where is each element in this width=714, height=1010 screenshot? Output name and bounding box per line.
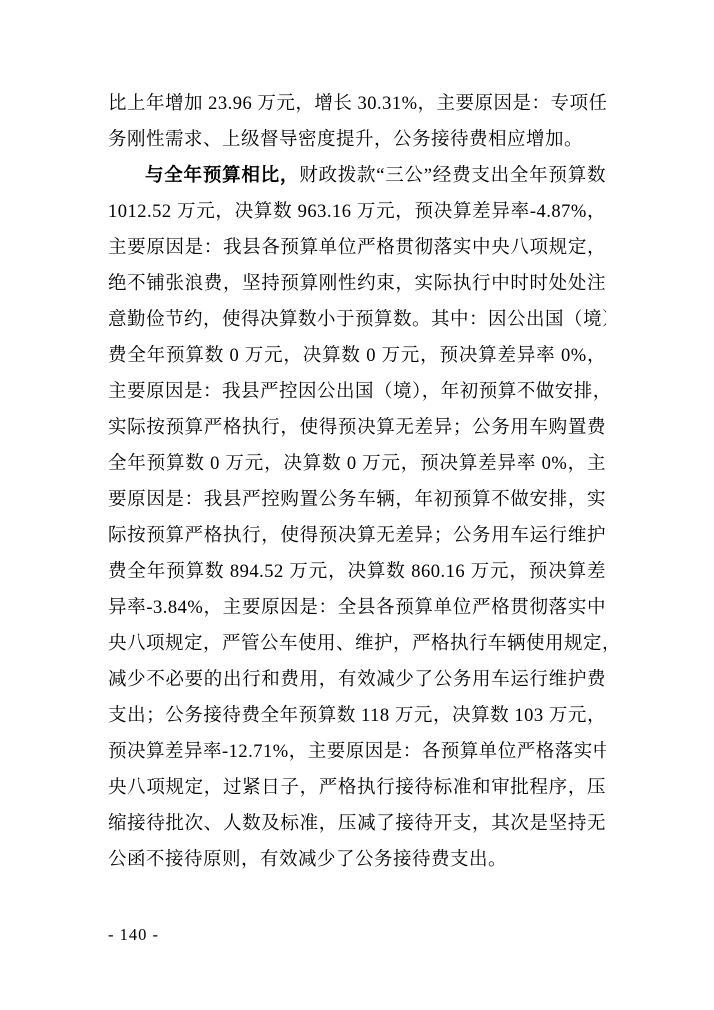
text-line: 绝不铺张浪费，坚持预算刚性约束，实际执行中时时处处注 bbox=[108, 266, 606, 302]
text-line: 缩接待批次、人数及标准，压减了接待开支，其次是坚持无 bbox=[108, 806, 606, 842]
text-line: 务刚性需求、上级督导密度提升，公务接待费相应增加。 bbox=[108, 122, 606, 158]
text-line: 全年预算数 0 万元，决算数 0 万元，预决算差异率 0%，主 bbox=[108, 446, 606, 482]
text-line: 意勤俭节约，使得决算数小于预算数。其中：因公出国（境） bbox=[108, 302, 606, 338]
text-line: 费全年预算数 0 万元，决算数 0 万元，预决算差异率 0%， bbox=[108, 338, 606, 374]
text-line: 主要原因是：我县严控因公出国（境），年初预算不做安排， bbox=[108, 374, 606, 410]
text-line: 公函不接待原则，有效减少了公务接待费支出。 bbox=[108, 842, 606, 878]
text-line: 1012.52 万元，决算数 963.16 万元，预决算差异率-4.87%， bbox=[108, 194, 606, 230]
paragraph-lead-bold: 与全年预算相比， bbox=[145, 166, 299, 186]
text-line: 实际按预算严格执行，使得预决算无差异；公务用车购置费 bbox=[108, 410, 606, 446]
document-page: 比上年增加 23.96 万元，增长 30.31%，主要原因是：专项任务刚性需求、… bbox=[0, 0, 714, 1010]
text-line: 预决算差异率-12.71%，主要原因是：各预算单位严格落实中 bbox=[108, 734, 606, 770]
text-line: 与全年预算相比，财政拨款“三公”经费支出全年预算数 bbox=[108, 158, 606, 194]
text-line: 央八项规定，过紧日子，严格执行接待标准和审批程序，压 bbox=[108, 770, 606, 806]
page-number: - 140 - bbox=[108, 920, 159, 950]
text-line: 央八项规定，严管公车使用、维护，严格执行车辆使用规定， bbox=[108, 626, 606, 662]
text-line: 减少不必要的出行和费用，有效减少了公务用车运行维护费 bbox=[108, 662, 606, 698]
document-body: 比上年增加 23.96 万元，增长 30.31%，主要原因是：专项任务刚性需求、… bbox=[108, 86, 606, 878]
text-line: 主要原因是：我县各预算单位严格贯彻落实中央八项规定， bbox=[108, 230, 606, 266]
text-line: 际按预算严格执行，使得预决算无差异；公务用车运行维护 bbox=[108, 518, 606, 554]
text-line: 要原因是：我县严控购置公务车辆，年初预算不做安排，实 bbox=[108, 482, 606, 518]
text-line: 比上年增加 23.96 万元，增长 30.31%，主要原因是：专项任 bbox=[108, 86, 606, 122]
text-line: 支出；公务接待费全年预算数 118 万元，决算数 103 万元， bbox=[108, 698, 606, 734]
text-line: 异率-3.84%，主要原因是：全县各预算单位严格贯彻落实中 bbox=[108, 590, 606, 626]
text-line: 费全年预算数 894.52 万元，决算数 860.16 万元，预决算差 bbox=[108, 554, 606, 590]
